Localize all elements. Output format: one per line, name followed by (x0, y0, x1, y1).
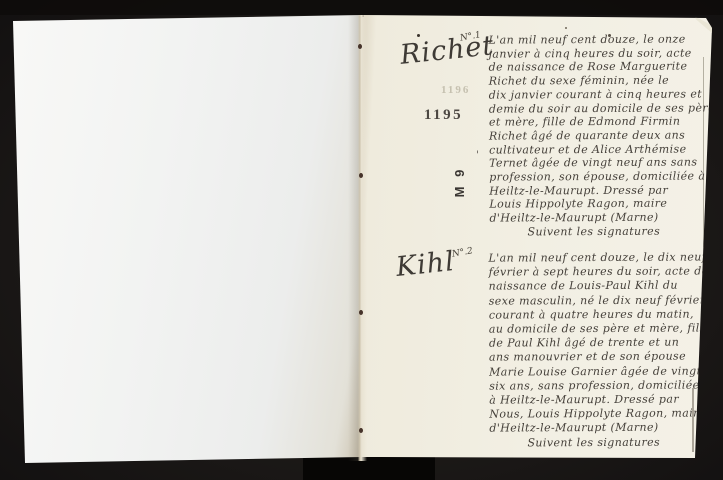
handwritten-line: Marie Louise Garnier âgée de vingt (489, 364, 717, 379)
handwritten-line: et mère, fille de Edmond Firmin (489, 115, 717, 130)
handwritten-line: six ans, sans profession, domiciliée (489, 378, 717, 393)
binding-stitch (359, 428, 363, 433)
handwritten-line: ans manouvrier et de son épouse (489, 350, 717, 365)
handwritten-line: Heiltz-le-Maurupt. Dressé par (489, 183, 717, 198)
binding-stitch (358, 44, 362, 49)
register-scan: Richet N°.1 1196 1195 ' M 9 L'an mil neu… (0, 0, 723, 480)
archive-stamp-m9: M 9 (452, 161, 466, 203)
birth-act-entry-2: L'an mil neuf cent douze, le dix neuf fé… (488, 250, 717, 450)
binding-stitch (359, 173, 363, 178)
handwritten-line: d'Heiltz-le-Maurupt (Marne) (489, 421, 717, 436)
handwritten-line: Richet du sexe féminin, née le (489, 74, 717, 89)
scan-shadow-top (0, 0, 723, 15)
folio-number-bleedthrough: 1196 (441, 84, 470, 96)
left-page-blank (13, 15, 362, 463)
entry-margin-name-kihl: Kihl (395, 246, 457, 283)
birth-act-entry-1: L'an mil neuf cent douze, le onze janvie… (488, 32, 717, 239)
binding-stitch (359, 310, 363, 315)
act-number-2: N°.2 (451, 246, 473, 259)
folio-number-stamp: 1195 (424, 107, 463, 124)
handwritten-line: naissance de Louis-Paul Kihl du (489, 279, 717, 294)
handwritten-line: Richet âgé de quarante deux ans (489, 128, 717, 143)
handwritten-line: d'Heiltz-le-Maurupt (Marne) (489, 211, 717, 226)
handwritten-line: L'an mil neuf cent douze, le onze (488, 32, 716, 47)
handwritten-line: de Paul Kihl âgé de trente et un (489, 336, 717, 351)
handwritten-line: Ternet âgée de vingt neuf ans sans (489, 156, 717, 171)
handwritten-line-signature-note: Suivent les signatures (527, 224, 717, 239)
handwritten-line: Nous, Louis Hippolyte Ragon, maire (489, 407, 717, 422)
binding-fold (348, 15, 367, 461)
handwritten-line: cultivateur et de Alice Arthémise (489, 142, 717, 157)
handwritten-line: à Heiltz-le-Maurupt. Dressé par (489, 392, 717, 407)
handwritten-line: Louis Hippolyte Ragon, maire (489, 197, 717, 212)
ink-speck (565, 27, 567, 29)
right-page: Richet N°.1 1196 1195 ' M 9 L'an mil neu… (362, 15, 713, 460)
handwritten-line: février à sept heures du soir, acte de (489, 265, 717, 280)
handwritten-line: profession, son épouse, domiciliée à (489, 169, 717, 184)
handwritten-line: sexe masculin, né le dix neuf février (489, 293, 717, 308)
handwritten-line-signature-note: Suivent les signatures (527, 435, 717, 450)
handwritten-line: L'an mil neuf cent douze, le dix neuf (488, 250, 716, 265)
pen-tick: ' (476, 150, 479, 161)
handwritten-line: demie du soir au domicile de ses père (489, 101, 717, 116)
handwritten-line: courant à quatre heures du matin, (489, 307, 717, 322)
handwritten-line: dix janvier courant à cinq heures et (489, 87, 717, 102)
page-corner-fold (694, 16, 712, 33)
handwritten-line: janvier à cinq heures du soir, acte (489, 46, 717, 61)
handwritten-line: de naissance de Rose Marguerite (489, 60, 717, 75)
handwritten-line: au domicile de ses père et mère, fils (489, 321, 717, 336)
ink-speck (417, 34, 420, 37)
